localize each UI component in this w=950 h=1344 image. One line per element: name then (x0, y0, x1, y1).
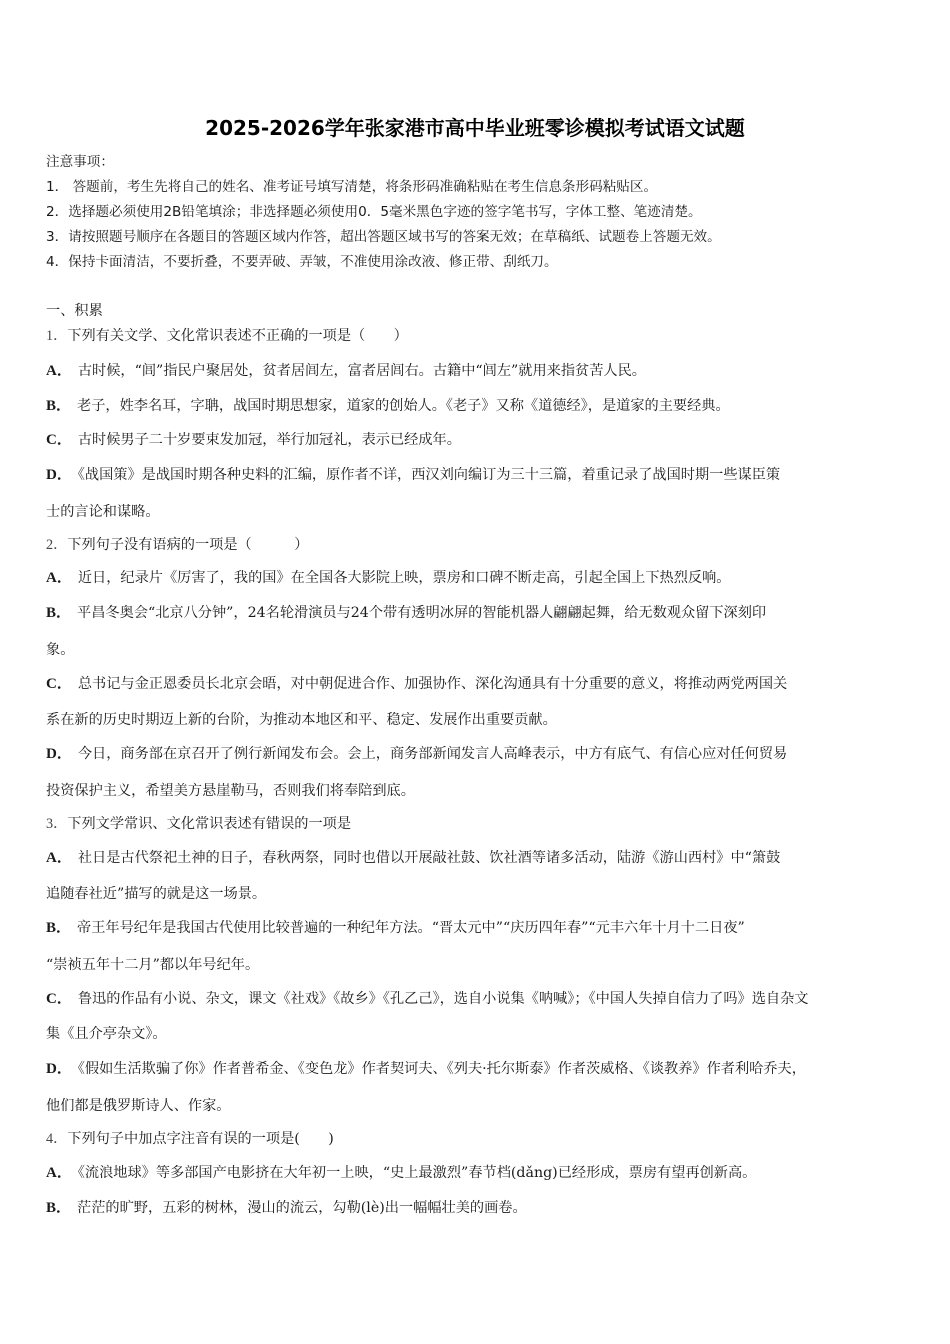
question-number: 4． (46, 1131, 67, 1147)
question-stem: 3．下列文学常识、文化常识表述有错误的一项是 (46, 814, 351, 834)
option-text: 近日，纪录片《厉害了，我的国》在全国各大影院上映，票房和口碑不断走高，引起全国上… (78, 570, 731, 586)
option-4a[interactable]: A．《流浪地球》等多部国产电影挤在大年初一上映，“史上最激烈”春节档(dǎng)… (46, 1163, 756, 1183)
option-text: 鲁迅的作品有小说、杂文，课文《社戏》《故乡》《孔乙己》，选自小说集《呐喊》；《中… (78, 991, 809, 1007)
option-text: 《战国策》是战国时期各种史料的汇编，原作者不详，西汉刘向编订为三十三篇，着重记录… (78, 467, 780, 483)
notice-item: 3．请按照题号顺序在各题目的答题区域内作答，超出答题区域书写的答案无效；在草稿纸… (46, 227, 721, 247)
question-number: 1． (46, 328, 67, 344)
option-3c[interactable]: C．鲁迅的作品有小说、杂文，课文《社戏》《故乡》《孔乙己》，选自小说集《呐喊》；… (46, 989, 808, 1009)
option-label: A． (46, 570, 72, 586)
page-title: 2025-2026学年张家港市高中毕业班零诊模拟考试语文试题 (0, 112, 950, 141)
option-2c[interactable]: C．总书记与金正恩委员长北京会晤，对中朝促进合作、加强协作、深化沟通具有十分重要… (46, 674, 787, 694)
notice-heading: 注意事项： (46, 152, 114, 172)
option-text: 帝王年号纪年是我国古代使用比较普遍的一种纪年方法。“晋太元中”“庆历四年春”“元… (77, 920, 745, 936)
notice-item: 4．保持卡面清洁，不要折叠，不要弄破、弄皱，不准使用涂改液、修正带、刮纸刀。 (46, 252, 558, 272)
question-text: 下列句子没有语病的一项是（ ） (67, 537, 308, 553)
option-continuation: 追随春社近”描写的就是这一场景。 (46, 884, 266, 904)
option-text: 古时候男子二十岁要束发加冠，举行加冠礼，表示已经成年。 (78, 432, 461, 448)
question-stem: 1．下列有关文学、文化常识表述不正确的一项是（ ） (46, 326, 408, 346)
option-text: 古时候，“闾”指民户聚居处，贫者居闾左，富者居闾右。古籍中“闾左”就用来指贫苦人… (78, 363, 646, 379)
option-continuation: 系在新的历史时期迈上新的台阶，为推动本地区和平、稳定、发展作出重要贡献。 (46, 710, 557, 730)
notice-item: 1． 答题前，考生先将自己的姓名、准考证号填写清楚，将条形码准确粘贴在考生信息条… (46, 177, 657, 197)
notice-item: 2．选择题必须使用2B铅笔填涂；非选择题必须使用0．5毫米黑色字迹的签字笔书写，… (46, 202, 702, 222)
option-text: 平昌冬奥会“北京八分钟”，24名轮滑演员与24个带有透明冰屏的智能机器人翩翩起舞… (77, 605, 766, 621)
option-1b[interactable]: B．老子，姓李名耳，字聃，战国时期思想家，道家的创始人。《老子》又称《道德经》，… (46, 396, 730, 416)
option-continuation: 象。 (46, 640, 74, 660)
option-label: B． (46, 1200, 71, 1216)
section-heading: 一、积累 (46, 301, 103, 321)
option-text: 茫茫的旷野，五彩的树林，漫山的流云，勾勒(lè)出一幅幅壮美的画卷。 (77, 1200, 527, 1216)
option-label: C． (46, 676, 72, 692)
question-text: 下列有关文学、文化常识表述不正确的一项是（ ） (67, 328, 408, 344)
option-label: A． (46, 1165, 72, 1181)
option-continuation: 集《且介亭杂文》。 (46, 1024, 167, 1044)
option-label: A． (46, 850, 72, 866)
option-2b[interactable]: B．平昌冬奥会“北京八分钟”，24名轮滑演员与24个带有透明冰屏的智能机器人翩翩… (46, 603, 766, 623)
question-stem: 4．下列句子中加点字注音有误的一项是( ) (46, 1129, 334, 1149)
exam-page: 2025-2026学年张家港市高中毕业班零诊模拟考试语文试题 注意事项： 1． … (0, 0, 950, 1344)
option-1d[interactable]: D．《战国策》是战国时期各种史料的汇编，原作者不详，西汉刘向编订为三十三篇，着重… (46, 465, 780, 485)
option-continuation: “崇祯五年十二月”都以年号纪年。 (46, 955, 259, 975)
option-label: A． (46, 363, 72, 379)
option-label: B． (46, 605, 71, 621)
option-text: 《流浪地球》等多部国产电影挤在大年初一上映，“史上最激烈”春节档(dǎng)已经… (78, 1165, 757, 1181)
option-3d[interactable]: D．《假如生活欺骗了你》作者普希金、《变色龙》作者契诃夫、《列夫·托尔斯泰》作者… (46, 1059, 806, 1079)
option-label: B． (46, 920, 71, 936)
option-text: 老子，姓李名耳，字聃，战国时期思想家，道家的创始人。《老子》又称《道德经》，是道… (77, 398, 730, 414)
option-label: C． (46, 432, 72, 448)
option-label: D． (46, 746, 72, 762)
option-1c[interactable]: C．古时候男子二十岁要束发加冠，举行加冠礼，表示已经成年。 (46, 430, 461, 450)
question-stem: 2．下列句子没有语病的一项是（ ） (46, 535, 309, 555)
option-text: 社日是古代祭祀土神的日子，春秋两祭，同时也借以开展敲社鼓、饮社酒等诸多活动，陆游… (78, 850, 780, 866)
option-label: C． (46, 991, 72, 1007)
option-2d[interactable]: D．今日，商务部在京召开了例行新闻发布会。会上，商务部新闻发言人高峰表示，中方有… (46, 744, 787, 764)
option-label: B． (46, 398, 71, 414)
option-text: 《假如生活欺骗了你》作者普希金、《变色龙》作者契诃夫、《列夫·托尔斯泰》作者茨威… (78, 1061, 806, 1077)
question-number: 3． (46, 816, 67, 832)
option-continuation: 士的言论和谋略。 (46, 502, 160, 522)
option-continuation: 投资保护主义，希望美方悬崖勒马，否则我们将奉陪到底。 (46, 781, 415, 801)
option-continuation: 他们都是俄罗斯诗人、作家。 (46, 1096, 230, 1116)
option-3a[interactable]: A．社日是古代祭祀土神的日子，春秋两祭，同时也借以开展敲社鼓、饮社酒等诸多活动，… (46, 848, 780, 868)
option-text: 总书记与金正恩委员长北京会晤，对中朝促进合作、加强协作、深化沟通具有十分重要的意… (78, 676, 787, 692)
option-2a[interactable]: A．近日，纪录片《厉害了，我的国》在全国各大影院上映，票房和口碑不断走高，引起全… (46, 568, 730, 588)
question-number: 2． (46, 537, 67, 553)
question-text: 下列文学常识、文化常识表述有错误的一项是 (67, 816, 351, 832)
option-label: D． (46, 1061, 72, 1077)
option-1a[interactable]: A．古时候，“闾”指民户聚居处，贫者居闾左，富者居闾右。古籍中“闾左”就用来指贫… (46, 361, 646, 381)
question-text: 下列句子中加点字注音有误的一项是( ) (67, 1131, 333, 1147)
option-text: 今日，商务部在京召开了例行新闻发布会。会上，商务部新闻发言人高峰表示，中方有底气… (78, 746, 787, 762)
option-4b[interactable]: B．茫茫的旷野，五彩的树林，漫山的流云，勾勒(lè)出一幅幅壮美的画卷。 (46, 1198, 527, 1218)
option-label: D． (46, 467, 72, 483)
option-3b[interactable]: B．帝王年号纪年是我国古代使用比较普遍的一种纪年方法。“晋太元中”“庆历四年春”… (46, 918, 745, 938)
